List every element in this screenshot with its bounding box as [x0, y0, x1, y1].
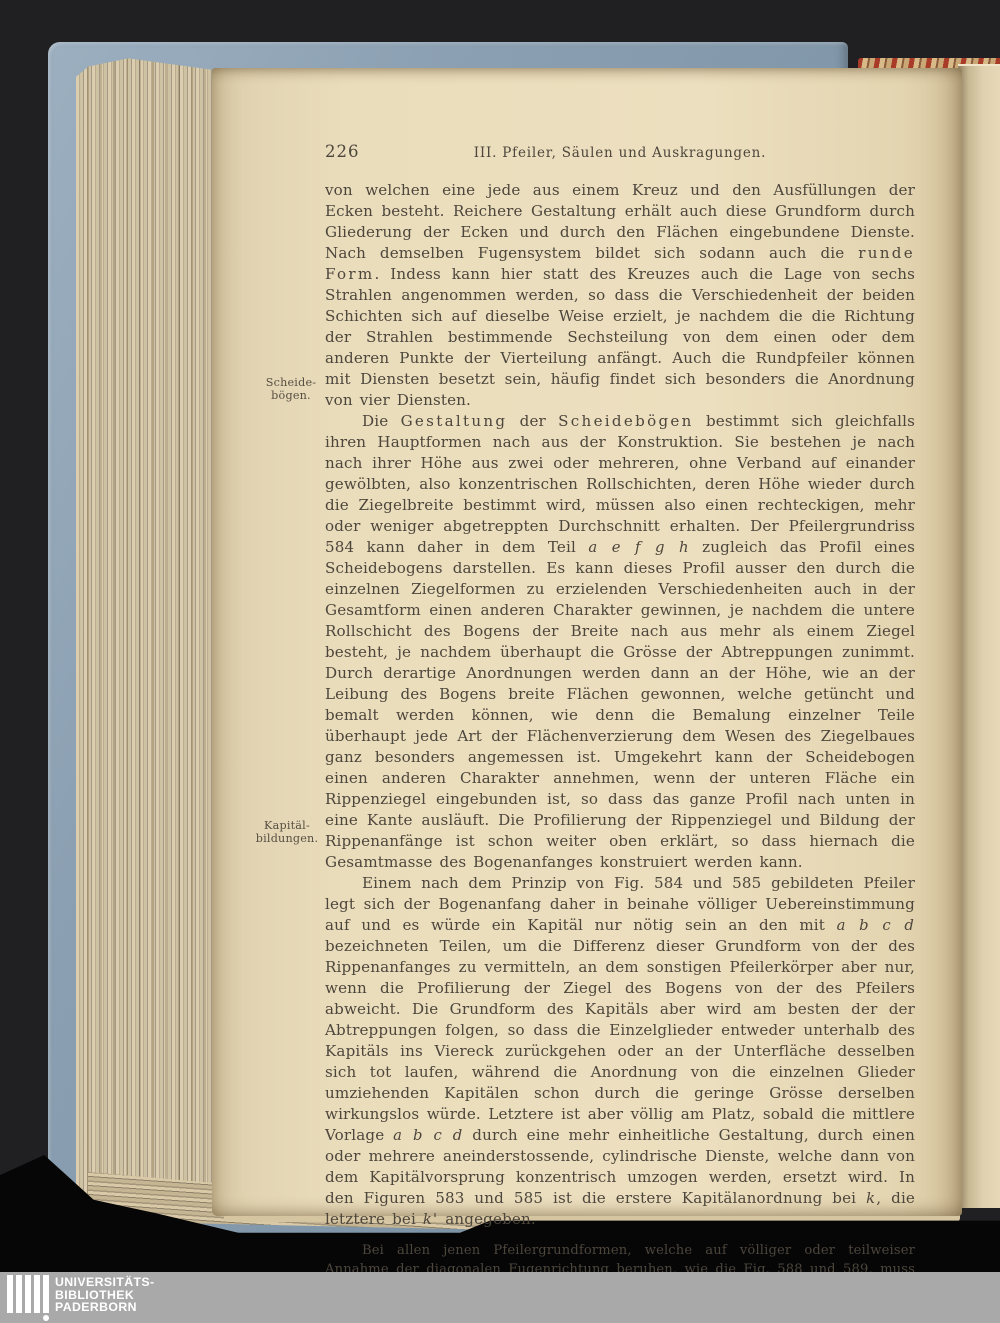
library-name-line: UNIVERSITÄTS-	[55, 1276, 154, 1289]
logo-bar	[25, 1275, 31, 1313]
page-stack-left-edges	[76, 56, 214, 1218]
logo-dot	[43, 1315, 49, 1321]
library-watermark-bar: UNIVERSITÄTS- BIBLIOTHEK PADERBORN	[0, 1272, 1000, 1323]
running-header: III. Pfeiler, Säulen und Auskragungen.	[325, 145, 915, 161]
library-name-line: PADERBORN	[55, 1301, 154, 1314]
margin-note-line: Scheide-	[254, 376, 328, 389]
logo-bar	[34, 1275, 40, 1313]
margin-note-line: bögen.	[254, 389, 328, 402]
margin-note-scheideboegen: Scheide- bögen.	[254, 376, 328, 402]
margin-note-kapitaelbildungen: Kapitäl- bildungen.	[250, 819, 324, 845]
paragraph: von welchen eine jede aus einem Kreuz un…	[325, 180, 915, 411]
logo-bar	[7, 1275, 13, 1313]
scanned-page: 226 III. Pfeiler, Säulen und Auskragunge…	[212, 68, 962, 1216]
text-flow: von welchen eine jede aus einem Kreuz un…	[325, 180, 915, 1299]
ub-paderborn-logo-icon	[7, 1275, 51, 1321]
scan-stage: 226 III. Pfeiler, Säulen und Auskragunge…	[0, 0, 1000, 1323]
logo-bar	[16, 1275, 22, 1313]
paragraph: Einem nach dem Prinzip von Fig. 584 und …	[325, 873, 915, 1230]
paragraph: Die Gestaltung der Scheidebögen bestimmt…	[325, 411, 915, 873]
logo-bar	[43, 1275, 49, 1313]
library-name: UNIVERSITÄTS- BIBLIOTHEK PADERBORN	[55, 1276, 154, 1314]
margin-note-line: bildungen.	[250, 832, 324, 845]
margin-note-line: Kapitäl-	[250, 819, 324, 832]
right-page-sliver	[958, 64, 1000, 1208]
